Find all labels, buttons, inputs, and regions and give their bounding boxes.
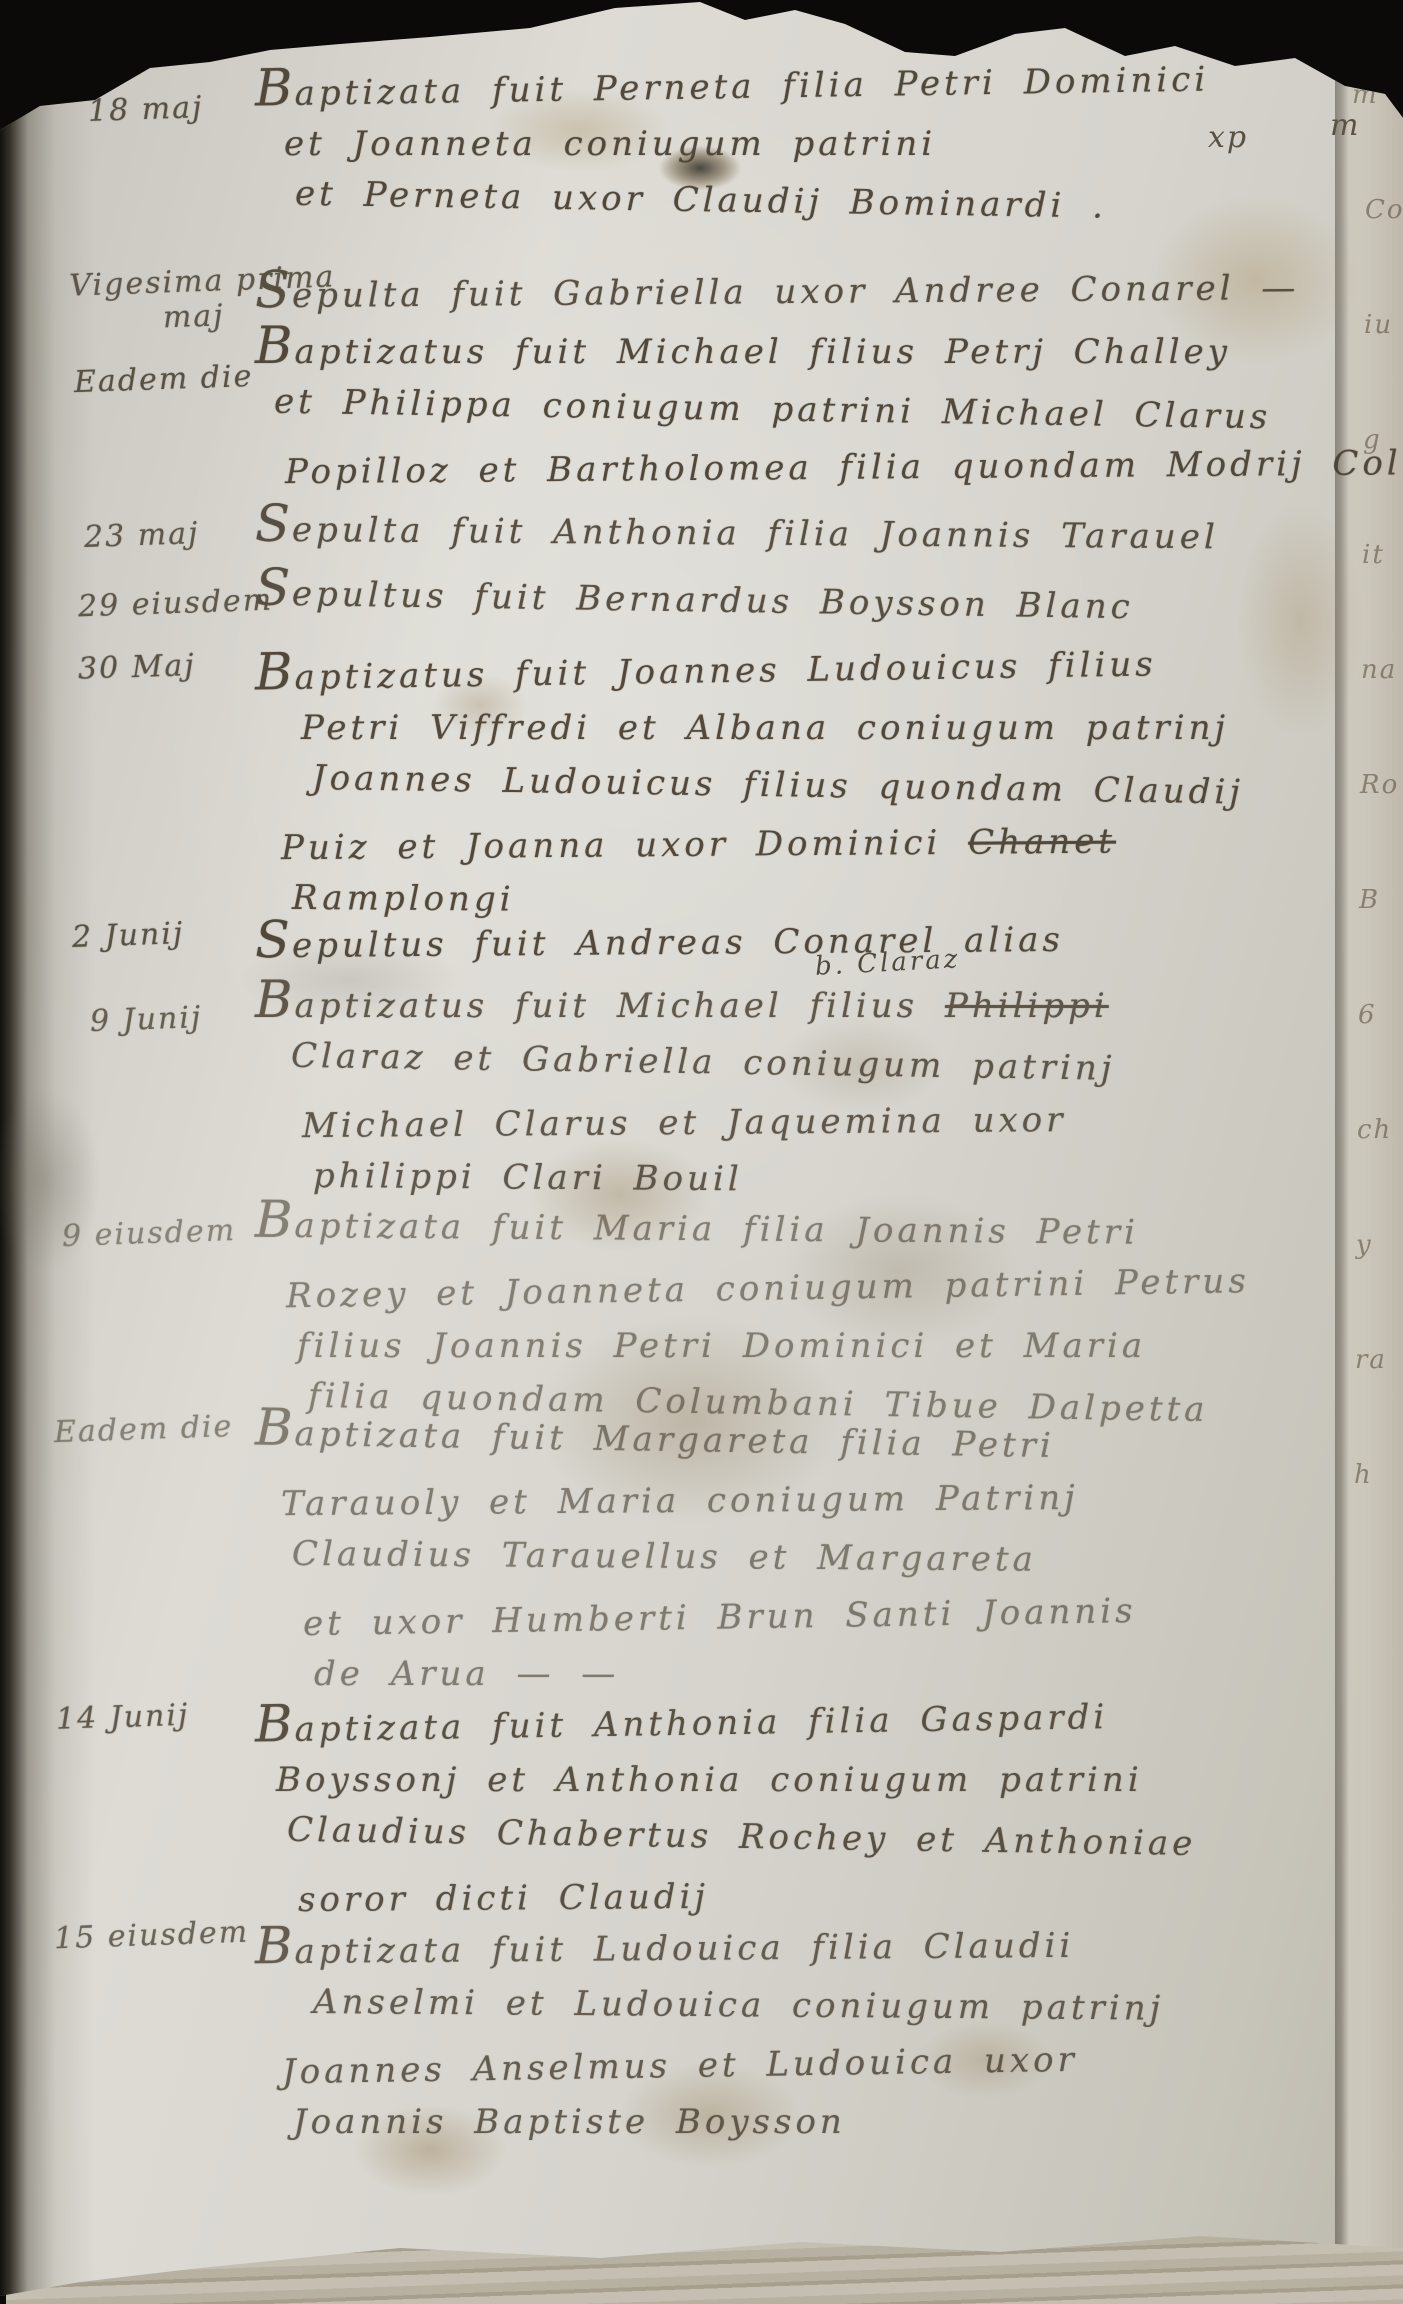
register-entries: 18 majBaptizata fuit Perneta filia Petri… [70,0,1340,2304]
entry-margin-date: 23 maj [83,516,200,555]
entry-margin-date: 15 eiusdem [53,1915,249,1957]
entry-text-line: et Perneta uxor Claudij Bominardi . [295,165,1341,239]
entry-text-line: Baptizatus fuit Joannes Ludouicus filius [255,627,1341,707]
notarial-mark: m [1330,108,1360,143]
next-page-fragment: m [1352,80,1379,110]
entry-text-line: Sepultus fuit Andreas Conarel alias [255,904,1340,976]
entry-text-line: Baptizata fuit Anthonia filia Gaspardi [255,1679,1341,1759]
struck-word: Philippi [945,986,1109,1026]
entry-text-line: Sepulta fuit Anthonia filia Joannis Tara… [255,496,1340,568]
entry-text-line: et Joanneta coniugum patrini [284,115,1340,173]
next-page-fragment: Co [1365,195,1403,225]
next-page-fragment: B [1359,885,1380,915]
next-page-fragment: iu [1364,310,1393,340]
entry-margin-date: Eadem die [53,1409,233,1450]
entry-margin-date: 9 eiusdem [61,1213,236,1254]
entry-text-line: et uxor Humberti Brun Santi Joannis [303,1579,1341,1653]
entry-text-line: filius Joannis Petri Dominici et Maria [297,1317,1340,1375]
next-page-fragment: ch [1357,1115,1392,1145]
next-page-fragment: ra [1355,1345,1387,1375]
entry-text: Baptizata fuit Perneta filia Petri Domin… [255,52,1340,231]
text-segment: Baptizatus fuit Michael filius [255,986,945,1026]
entry-text: Sepulta fuit Gabriella uxor Andree Conar… [255,258,1340,321]
entry-text-line: Boyssonj et Anthonia coniugum patrini [276,1751,1340,1809]
entry-text-line: Rozey et Joanneta coniugum patrini Petru… [286,1251,1341,1326]
entry-text: Baptizata fuit Ludouica filia ClaudiiAns… [255,1914,1340,2151]
entry-text-line: Baptizata fuit Ludouica filia Claudii [255,1910,1340,1982]
entry-text-line: Sepultus fuit Bernardus Boysson Blanc [255,559,1341,639]
entry-text-line: Popilloz et Bartholomea filia quondam Mo… [285,435,1340,501]
entry-text-line: Petri Viffredi et Albana coniugum patrin… [301,699,1340,757]
entry-margin-date: 18 maj [87,90,204,129]
struck-word: Chanet [968,822,1116,863]
next-page-fragment: g [1363,425,1382,455]
entry-text-line: Baptizatus fuit Michael filius Philippi [255,972,1340,1035]
text-segment: Puiz et Joanna uxor Dominici [281,823,968,868]
entry-text: Sepultus fuit Bernardus Boysson Blanc [255,568,1340,631]
notarial-mark: xp [1208,120,1248,155]
entry-text-line: Sepulta fuit Gabriella uxor Andree Conar… [255,254,1340,326]
entry-margin-date: 9 Junij [89,1000,202,1039]
entry-text-line: Michael Clarus et Jaquemina uxor [302,1089,1340,1155]
entry-text: Sepulta fuit Anthonia filia Joannis Tara… [255,500,1340,563]
entry-text-line: Tarauoly et Maria coniugum Patrinj [281,1467,1340,1533]
entry-margin-date: 29 eiusdem [77,583,273,625]
entry-text: Baptizata fuit Anthonia filia GaspardiBo… [255,1688,1340,1925]
entry-text: Baptizatus fuit Michael filius PhilippiC… [255,972,1340,1209]
entry-text-line: Baptizatus fuit Michael filius Petrj Cha… [255,318,1340,381]
next-page-fragment: y [1356,1230,1373,1260]
entry-margin-date: 30 Maj [77,648,196,687]
entry-margin-date: Eadem die [73,359,253,400]
next-page-fragment: h [1354,1460,1373,1490]
entry-text: Baptizata fuit Maria filia Joannis Petri… [255,1196,1340,1433]
entry-text: Baptizata fuit Margareta filia PetriTara… [255,1408,1340,1703]
entry-text-line: Puiz et Joanna uxor Dominici Chanet [281,811,1340,877]
next-page-fragment: na [1361,655,1397,685]
next-page-fragment: Ro [1360,770,1399,800]
entry-text: Baptizatus fuit Michael filius Petrj Cha… [255,318,1340,497]
entry-margin-date: 2 Junij [71,916,184,955]
entry-text-line: Joannes Anselmus et Ludouica uxor [282,2027,1341,2102]
manuscript-page: 18 majBaptizata fuit Perneta filia Petri… [0,0,1403,2304]
entry-text: Sepultus fuit Andreas Conarel aliasb. Cl… [255,908,1340,971]
next-page-edge [1335,0,1403,2304]
entry-text-line: Baptizata fuit Perneta filia Petri Domin… [255,43,1341,123]
manuscript-scan: 18 majBaptizata fuit Perneta filia Petri… [0,0,1403,2304]
next-page-fragment: it [1362,540,1385,570]
entry-text: Baptizatus fuit Joannes Ludouicus filius… [255,636,1340,931]
entry-text-line: Joannis Baptiste Boysson [293,2093,1340,2151]
entry-margin-date: 14 Junij [55,1698,189,1738]
next-page-fragment: 6 [1358,1000,1377,1030]
